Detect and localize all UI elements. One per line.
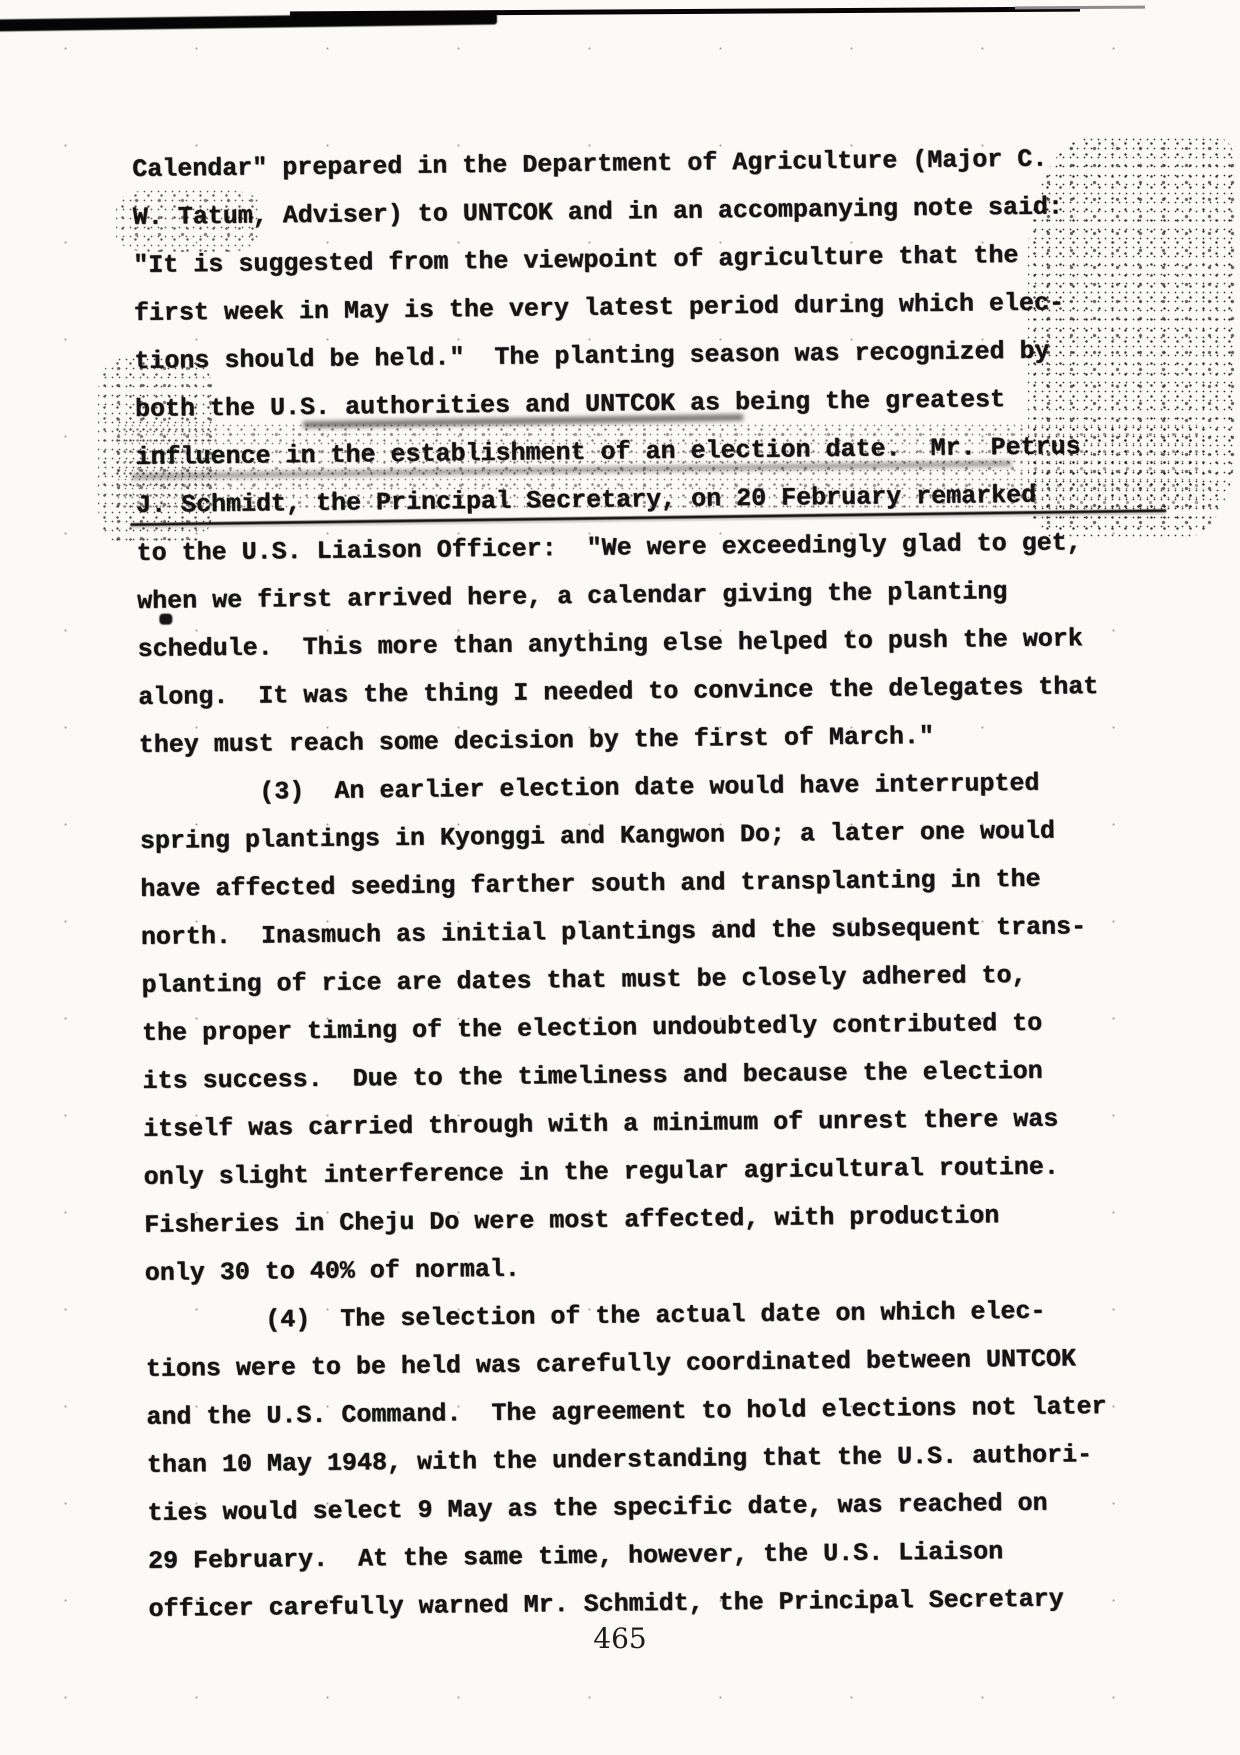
page-number: 465 xyxy=(540,1622,700,1655)
scanned-document-page: Calendar" prepared in the Department of … xyxy=(0,0,1240,1755)
stray-ink-mark xyxy=(159,614,172,625)
text-lines: Calendar" prepared in the Department of … xyxy=(132,134,1209,1634)
document-text-block: Calendar" prepared in the Department of … xyxy=(132,134,1209,1634)
scan-artifact-top-line xyxy=(290,7,1080,17)
scan-artifact-top-line-tail xyxy=(1015,6,1145,10)
